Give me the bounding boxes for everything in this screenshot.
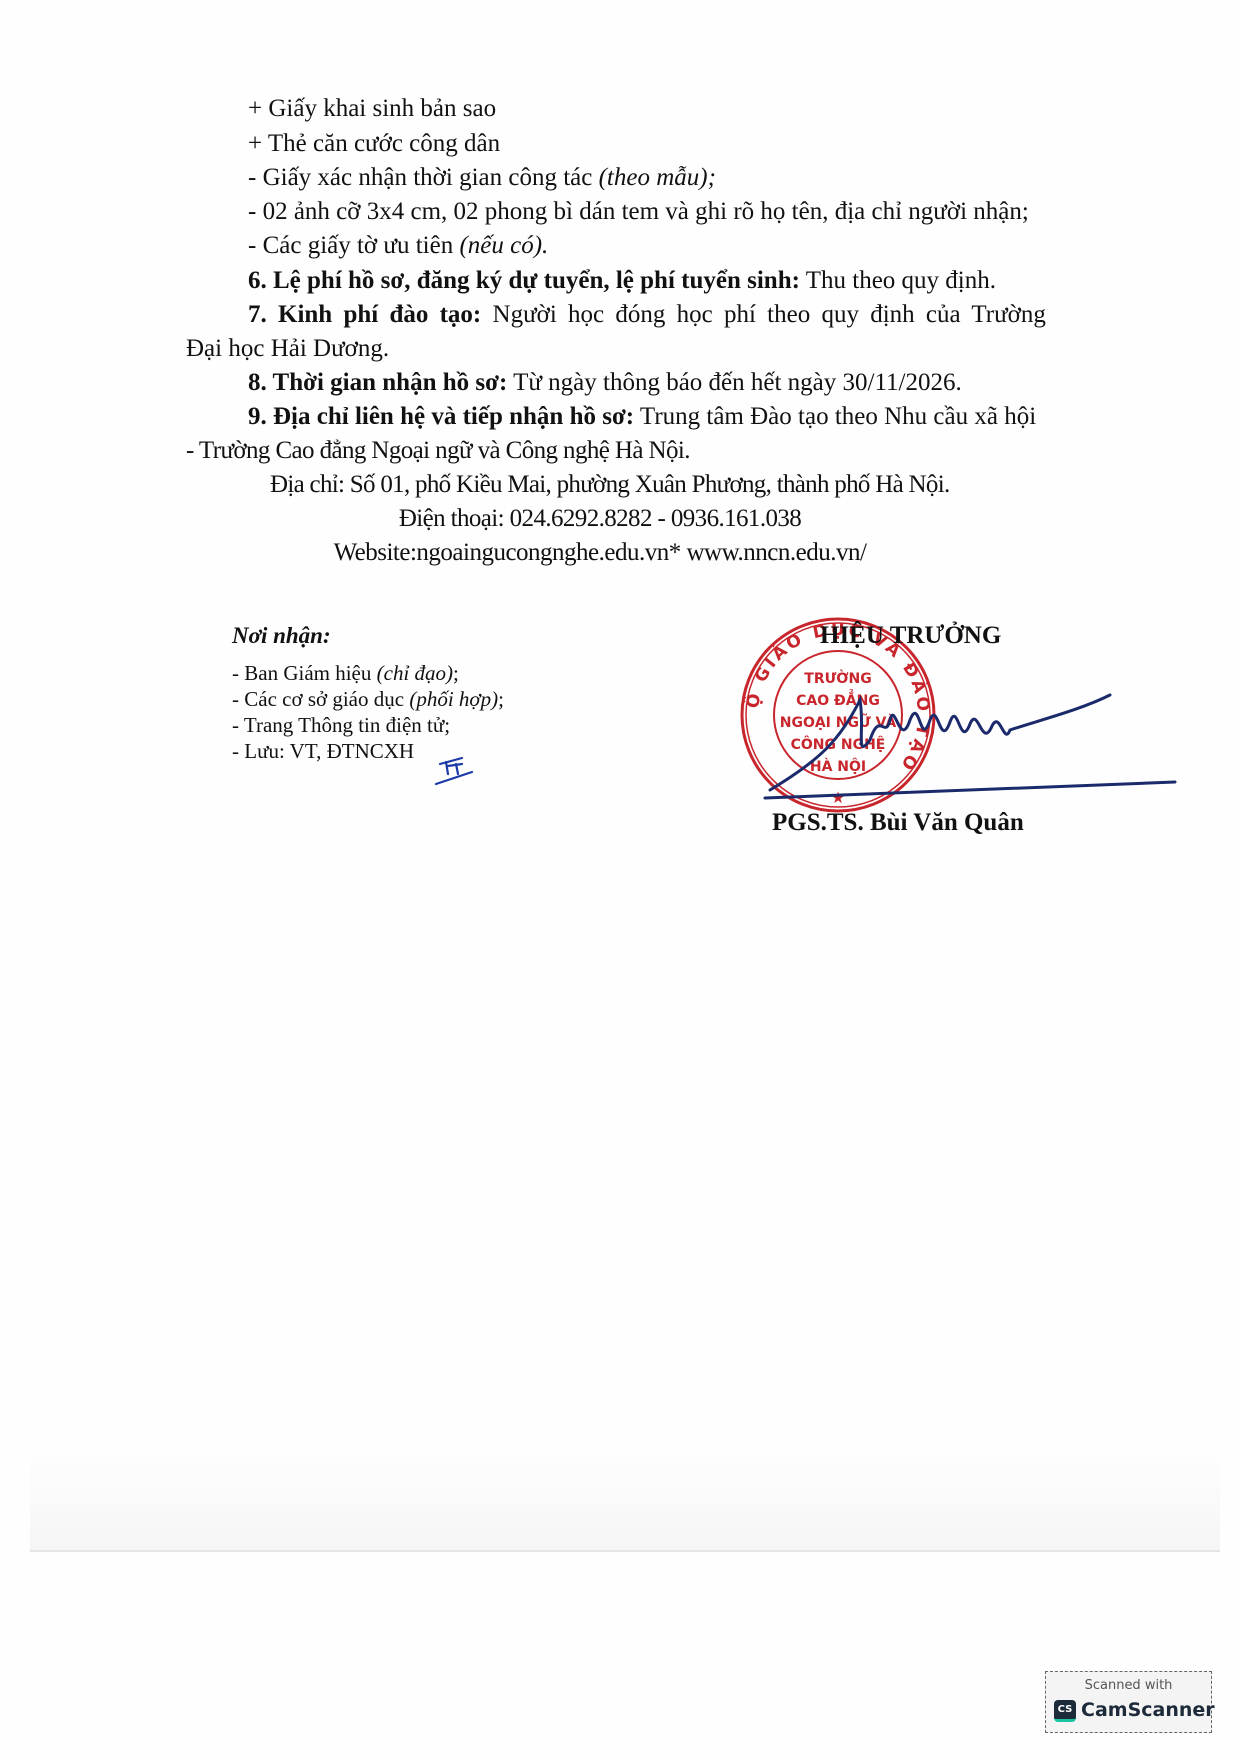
recipients-title: Nơi nhận:	[232, 623, 331, 649]
recipient-item: - Ban Giám hiệu (chỉ đạo);	[232, 660, 459, 686]
watermark-caption: Scanned with	[1046, 1678, 1211, 1693]
section-8-deadline: 8. Thời gian nhận hồ sơ: Từ ngày thông b…	[248, 368, 962, 398]
document-page: + Giấy khai sinh bản sao + Thẻ căn cước …	[0, 0, 1240, 1755]
list-item-birth-certificate: + Giấy khai sinh bản sao	[248, 94, 496, 124]
section-7-continuation: Đại học Hải Dương.	[186, 334, 389, 364]
camscanner-logo-icon: CS	[1054, 1700, 1076, 1722]
list-item-id-card: + Thẻ căn cước công dân	[248, 129, 500, 159]
section-6-fees: 6. Lệ phí hồ sơ, đăng ký dự tuyển, lệ ph…	[248, 266, 996, 296]
section-9-contact: 9. Địa chỉ liên hệ và tiếp nhận hồ sơ: T…	[248, 402, 1036, 432]
recipient-item: - Lưu: VT, ĐTNCXH	[232, 738, 414, 764]
list-item-priority: - Các giấy tờ ưu tiên (nếu có).	[248, 231, 548, 261]
recipient-item: - Các cơ sở giáo dục (phối hợp);	[232, 686, 504, 712]
list-item-photos: - 02 ảnh cỡ 3x4 cm, 02 phong bì dán tem …	[248, 197, 1029, 227]
section-7-tuition: 7. Kinh phí đào tạo: Người học đóng học …	[248, 300, 1046, 330]
signature-icon	[760, 680, 1180, 800]
signatory-title: HIỆU TRƯỞNG	[820, 622, 1001, 650]
contact-address: Địa chỉ: Số 01, phố Kiều Mai, phường Xuâ…	[270, 470, 950, 500]
contact-phone: Điện thoại: 024.6292.8282 - 0936.161.038	[250, 504, 950, 534]
scan-bleed-area	[30, 1450, 1220, 1552]
handwritten-initial-icon	[432, 750, 482, 790]
contact-website: Website:ngoaingucongnghe.edu.vn* www.nnc…	[250, 538, 950, 568]
watermark-brand: CamScanner	[1081, 1699, 1215, 1721]
list-item-work-confirmation: - Giấy xác nhận thời gian công tác (theo…	[248, 163, 716, 193]
recipient-item: - Trang Thông tin điện tử;	[232, 712, 450, 738]
camscanner-watermark: Scanned with CS CamScanner	[1045, 1671, 1212, 1733]
section-9-continuation: - Trường Cao đẳng Ngoại ngữ và Công nghệ…	[186, 436, 690, 466]
